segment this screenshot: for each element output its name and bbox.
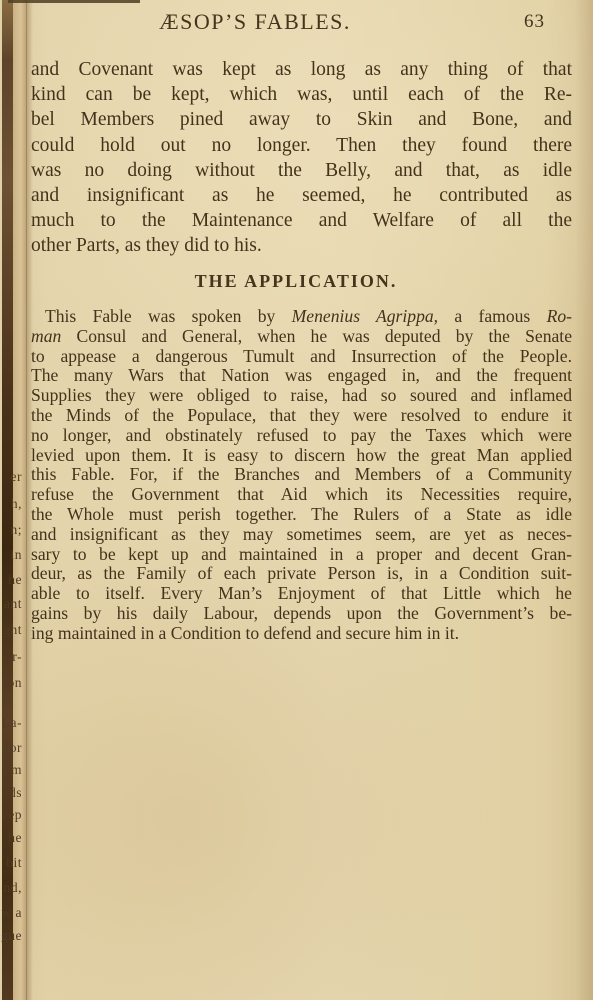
- page-edge-fragment: h,: [1, 497, 22, 511]
- text-line: The many Wars that Nation was engaged in…: [31, 366, 572, 386]
- text-line: and insignificant as he seemed, he contr…: [31, 183, 572, 208]
- paragraph-fable-conclusion: and Covenant was kept as long as any thi…: [31, 57, 572, 259]
- text-segment: a famous: [438, 306, 546, 326]
- page-edge-fragment: ght: [1, 623, 22, 637]
- text-line: this Fable. For, if the Branches and Mem…: [31, 465, 572, 485]
- text-line: and insignificant as they may sometimes …: [31, 525, 572, 545]
- text-line: kind can be kept, which was, until each …: [31, 82, 572, 107]
- page-edge-fragment: er: [1, 470, 22, 484]
- text-line: much to the Maintenance and Welfare of a…: [31, 208, 572, 233]
- text-segment: able to itself. Every Man’s Enjoyment of…: [31, 583, 572, 603]
- text-line: was no doing without the Belly, and that…: [31, 158, 572, 183]
- page-edge-fragment: or-: [1, 650, 22, 664]
- text-line: gains by his daily Labour, depends upon …: [31, 604, 572, 624]
- text-segment: and insignificant as he seemed, he contr…: [31, 185, 572, 206]
- text-segment: could hold out no longer. Then they foun…: [31, 135, 572, 156]
- text-segment: to appease a dangerous Tumult and Insurr…: [31, 346, 572, 366]
- text-line: deur, as the Family of each private Pers…: [31, 564, 572, 584]
- text-line: and Covenant was kept as long as any thi…: [31, 57, 572, 82]
- text-line: levied upon them. It is easy to discern …: [31, 446, 572, 466]
- text-line: no longer, and obstinately refused to pa…: [31, 426, 572, 446]
- text-line: ing maintained in a Condition to defend …: [31, 624, 572, 644]
- page-edge-fragment: for: [1, 741, 22, 755]
- page-edge-fragment: w a: [1, 906, 22, 920]
- page-edge-fragment: in: [1, 548, 22, 562]
- text-segment: no longer, and obstinately refused to pa…: [31, 425, 572, 445]
- paragraph-application: This Fable was spoken by Menenius Agripp…: [31, 307, 572, 644]
- italic-text: Ro-: [547, 306, 572, 326]
- page-edge-fragment: ant: [1, 597, 22, 611]
- text-segment: the Whole must perish together. The Rule…: [31, 504, 572, 524]
- text-segment: gains by his daily Labour, depends upon …: [31, 603, 572, 623]
- text-line: to appease a dangerous Tumult and Insurr…: [31, 347, 572, 367]
- page-edge-fragment: n;: [1, 523, 22, 537]
- text-segment: much to the Maintenance and Welfare of a…: [31, 210, 572, 231]
- page-edge-fragment: on: [1, 676, 22, 690]
- text-segment: other Parts, as they did to his.: [31, 235, 262, 256]
- page-edge-fragment: nd,: [1, 881, 22, 895]
- page-number: 63: [524, 11, 545, 33]
- text-segment: was no doing without the Belly, and that…: [31, 160, 572, 181]
- text-segment: kind can be kept, which was, until each …: [31, 84, 572, 105]
- running-head-title: ÆSOP’S FABLES.: [159, 9, 351, 35]
- text-segment: sary to be kept up and maintained in a p…: [31, 544, 572, 564]
- text-segment: this Fable. For, if the Branches and Mem…: [31, 464, 572, 484]
- page-edge-fragment: La-: [1, 716, 22, 730]
- page-edge-fragment: nds: [1, 786, 22, 800]
- page-edge-fragment: bit: [1, 856, 22, 870]
- text-line: could hold out no longer. Then they foun…: [31, 133, 572, 158]
- text-line: able to itself. Every Man’s Enjoyment of…: [31, 584, 572, 604]
- text-line: bel Members pined away to Skin and Bone,…: [31, 107, 572, 132]
- text-line: refuse the Government that Aid which its…: [31, 485, 572, 505]
- text-line: sary to be kept up and maintained in a p…: [31, 545, 572, 565]
- text-line: man Consul and General, when he was depu…: [31, 327, 572, 347]
- text-line: the Whole must perish together. The Rule…: [31, 505, 572, 525]
- text-segment: and insignificant as they may sometimes …: [31, 524, 572, 544]
- text-segment: Supplies they were obliged to raise, had…: [31, 385, 572, 405]
- text-segment: The many Wars that Nation was engaged in…: [31, 365, 572, 385]
- page-edge-fragment: he: [1, 573, 22, 587]
- page-edge-fragment: im: [1, 763, 22, 777]
- scan-edge-mark: [8, 0, 140, 3]
- section-heading: THE APPLICATION.: [31, 271, 561, 292]
- text-segment: and Covenant was kept as long as any thi…: [31, 59, 572, 80]
- text-line: Supplies they were obliged to raise, had…: [31, 386, 572, 406]
- page-edge-fragment: gue: [1, 929, 22, 943]
- text-line: the Minds of the Populace, that they wer…: [31, 406, 572, 426]
- text-segment: deur, as the Family of each private Pers…: [31, 563, 572, 583]
- text-segment: bel Members pined away to Skin and Bone,…: [31, 109, 572, 130]
- italic-text: Menenius Agrippa,: [292, 306, 438, 326]
- text-segment: This Fable was spoken by: [45, 306, 292, 326]
- text-segment: Consul and General, when he was deputed …: [61, 326, 572, 346]
- text-segment: refuse the Government that Aid which its…: [31, 484, 572, 504]
- book-page: erh,n;inheantghtor-onLa-forimndseephebit…: [0, 0, 593, 1000]
- italic-text: man: [31, 326, 61, 346]
- page-edge-fragment: he: [1, 831, 22, 845]
- text-line: other Parts, as they did to his.: [31, 233, 572, 258]
- page-edge-fragment: eep: [1, 808, 22, 822]
- text-segment: levied upon them. It is easy to discern …: [31, 445, 572, 465]
- text-segment: ing maintained in a Condition to defend …: [31, 623, 459, 643]
- text-segment: the Minds of the Populace, that they wer…: [31, 405, 572, 425]
- text-line: This Fable was spoken by Menenius Agripp…: [31, 307, 572, 327]
